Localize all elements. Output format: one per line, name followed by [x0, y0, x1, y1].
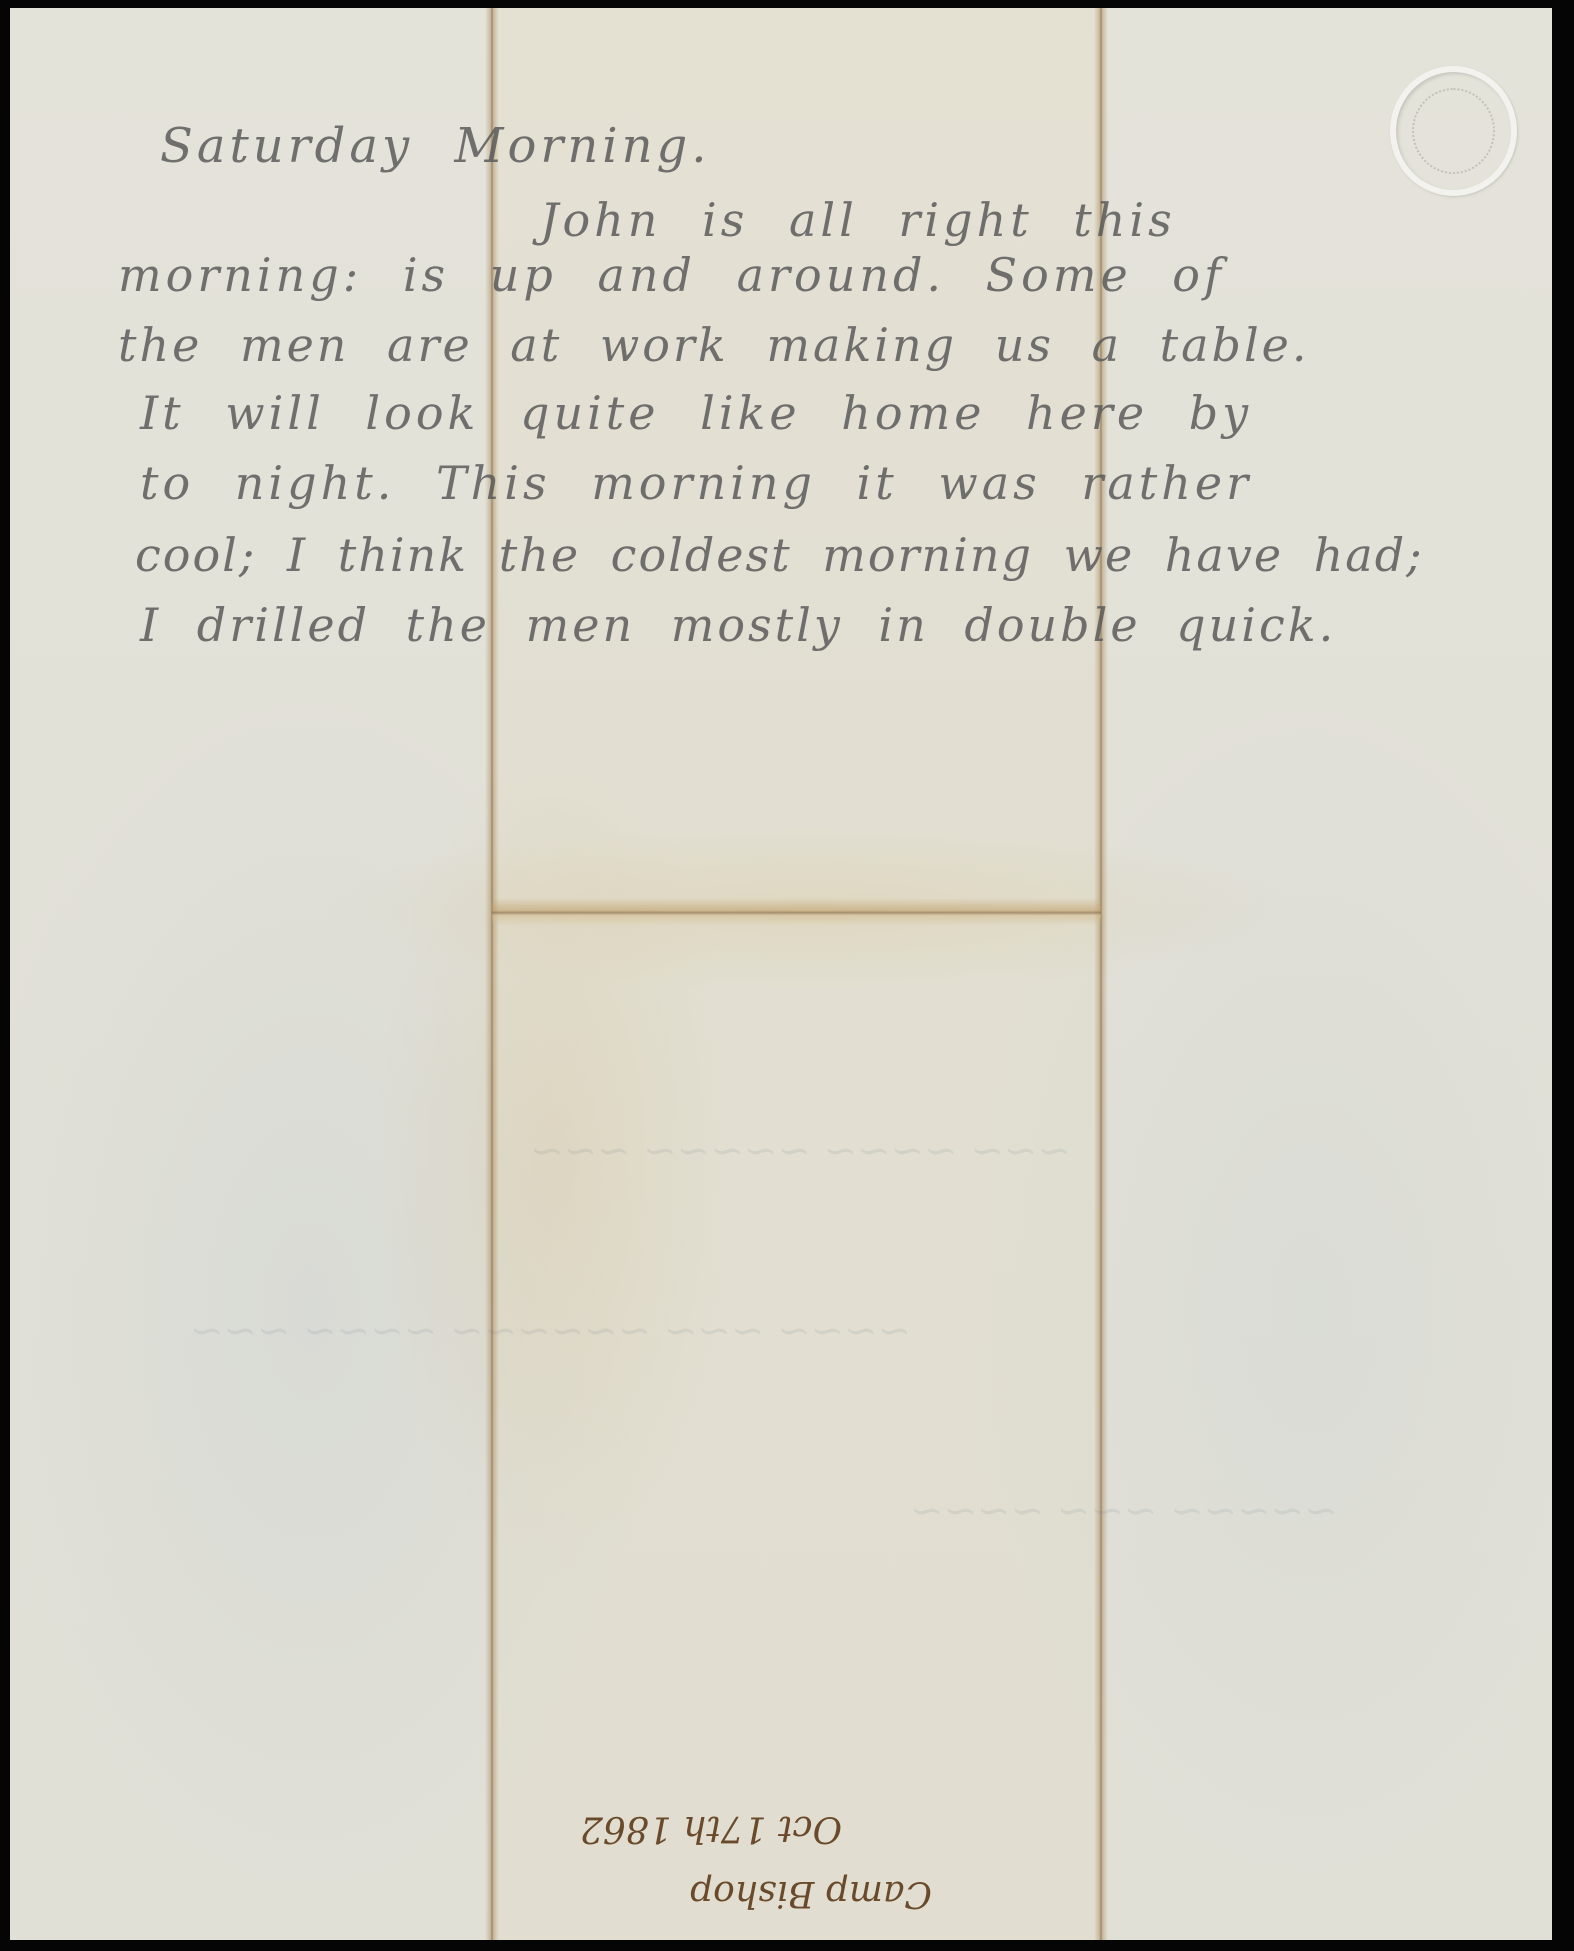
letter-line-3: the men are at work making us a table.	[118, 318, 1310, 372]
letter-line-6: cool; I think the coldest morning we hav…	[135, 528, 1424, 582]
docket-date: Oct 17th 1862	[580, 1808, 842, 1849]
show-through-text: ~~~ ~~~~ ~~~~~ ~~~	[530, 1128, 1071, 1174]
letter-line-5: to night. This morning it was rather	[140, 456, 1252, 510]
letter-line-2: morning: is up and around. Some of	[118, 248, 1225, 302]
show-through-text: ~~~~ ~~~ ~~~~~~ ~~~~ ~~~	[190, 1308, 911, 1354]
letter-line-7: I drilled the men mostly in double quick…	[140, 598, 1336, 652]
letter-line-4: It will look quite like home here by	[140, 386, 1252, 440]
letter-heading: Saturday Morning.	[160, 118, 711, 174]
letter-page: ~~~ ~~~~ ~~~~~ ~~~ ~~~~ ~~~ ~~~~~~ ~~~~ …	[10, 8, 1552, 1940]
seal-inner-ring	[1412, 88, 1495, 174]
show-through-text: ~~~~~ ~~~ ~~~~	[910, 1488, 1338, 1534]
docket-place: Camp Bishop	[690, 1873, 932, 1914]
letter-line-1: John is all right this	[540, 193, 1176, 247]
fold-line-horizontal	[492, 898, 1101, 926]
embossed-stationery-seal-icon	[1390, 66, 1517, 196]
